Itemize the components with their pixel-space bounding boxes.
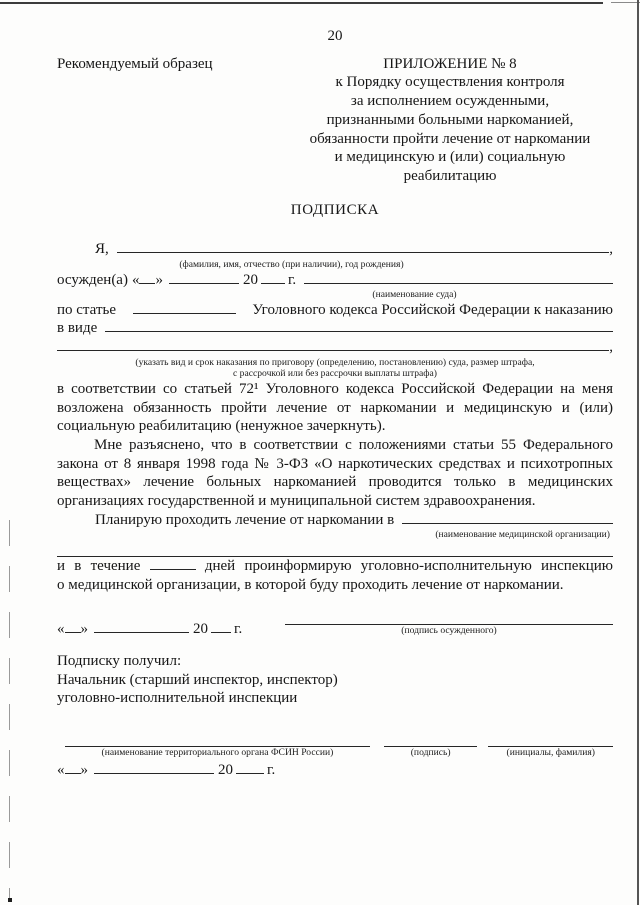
- caption-med-org: (наименование медицинской организации): [57, 529, 613, 541]
- punishment-blank-row: ,: [57, 338, 613, 357]
- caption-fio: (фамилия, имя, отчество (при наличии), г…: [95, 259, 488, 271]
- scanned-document-page: 20 Рекомендуемый образец ПРИЛОЖЕНИЕ № 8к…: [0, 0, 640, 905]
- day-blank-2: [65, 632, 81, 633]
- inform-line-2: о медицинской организации, в которой буд…: [57, 576, 613, 595]
- in-form-row: в виде: [57, 319, 613, 338]
- text-line: реабилитацию: [287, 167, 613, 186]
- plan-text: Планирую проходить лечение от наркомании…: [57, 511, 394, 530]
- year-prefix: 20: [243, 271, 258, 290]
- quote-close-3: »: [81, 761, 89, 780]
- text-line: закона от 8 января 1998 года № 3-ФЗ «О н…: [57, 455, 613, 474]
- plan-row: Планирую проходить лечение от наркомании…: [57, 511, 613, 530]
- convict-signature-block: (подпись осужденного): [285, 610, 613, 637]
- scan-artifact-right-line: [637, 0, 639, 905]
- med-org-blank-line: [402, 523, 613, 524]
- quote-close-2: »: [81, 620, 89, 639]
- year-suffix: г.: [288, 271, 296, 290]
- year-prefix-3: 20: [218, 761, 233, 780]
- date-signature-row: « » 20 г. (подпись осужденного): [57, 610, 613, 639]
- document-header: Рекомендуемый образец ПРИЛОЖЕНИЕ № 8к По…: [57, 55, 613, 186]
- text-line: обязанности пройти лечение от наркомании: [287, 130, 613, 149]
- text-line: организациях государственной и муниципал…: [57, 492, 613, 511]
- signature-blank-line: [384, 732, 478, 747]
- text-line: за исполнением осужденными,: [287, 92, 613, 111]
- year-suffix-3: г.: [267, 761, 275, 780]
- days-blank: [150, 569, 196, 570]
- text-line: и медицинскую и (или) социальную: [287, 148, 613, 167]
- article-row: по статье Уголовного кодекса Российской …: [57, 301, 613, 320]
- text-line: к Порядку осуществления контроля: [287, 73, 613, 92]
- in-form-label: в виде: [57, 319, 97, 338]
- caption-punishment-1: (указать вид и срок наказания по пригово…: [57, 357, 613, 369]
- document-title: ПОДПИСКА: [57, 201, 613, 220]
- text-line: признанными больными наркоманией,: [287, 111, 613, 130]
- caption-court: (наименование суда): [327, 289, 502, 301]
- text-line: социальную реабилитацию (ненужное зачерк…: [57, 417, 613, 436]
- name-blank-line: [117, 252, 609, 253]
- appendix-block: ПРИЛОЖЕНИЕ № 8к Порядку осуществления ко…: [287, 55, 613, 186]
- scan-artifact-left-line: [9, 520, 10, 901]
- fsin-column: (наименование территориального органа ФС…: [65, 732, 370, 759]
- para-b: Мне разъяснено, что в соответствии с пол…: [57, 436, 613, 511]
- page-number: 20: [57, 27, 613, 46]
- convicted-row: осужден(а) « » 20 г.: [57, 271, 613, 290]
- year-blank-3: [236, 773, 264, 774]
- inform-pre: и в течение: [57, 558, 140, 574]
- ya-label: Я,: [57, 240, 109, 259]
- punishment-blank-line: [57, 350, 609, 351]
- inform-post: дней проинформирую уголовно-исполнительн…: [205, 558, 613, 574]
- name-row: Я, ,: [57, 240, 613, 259]
- official-signature-row: (наименование территориального органа ФС…: [57, 732, 613, 759]
- quote-open-3: «: [57, 761, 65, 780]
- year-prefix-2: 20: [193, 620, 208, 639]
- year-blank-2: [211, 632, 231, 633]
- received-label: Подписку получил:: [57, 652, 613, 671]
- trailing-comma: ,: [609, 240, 613, 259]
- quote-open: «: [132, 271, 140, 290]
- month-blank-2: [94, 632, 189, 633]
- scan-artifact-top-line-2: [611, 2, 640, 3]
- day-blank-3: [65, 773, 81, 774]
- final-date-row: « » 20 г.: [57, 761, 613, 780]
- caption-convict-sign: (подпись осужденного): [285, 625, 613, 637]
- chief-line-1: Начальник (старший инспектор, инспектор): [57, 671, 613, 690]
- inform-line-1: и в течение дней проинформирую уголовно-…: [57, 557, 613, 576]
- fsin-blank-line: [65, 732, 370, 747]
- para-a: в соответствии со статьей 72¹ Уголовного…: [57, 380, 613, 436]
- quote-open-2: «: [57, 620, 65, 639]
- convicted-label: осужден(а): [57, 271, 128, 290]
- year-suffix-2: г.: [234, 620, 242, 639]
- initials-column: (инициалы, фамилия): [488, 732, 613, 759]
- chief-line-2: уголовно-исполнительной инспекции: [57, 689, 613, 708]
- text-line: Мне разъяснено, что в соответствии с пол…: [57, 436, 613, 455]
- text-line: в соответствии со статьей 72¹ Уголовного…: [57, 380, 613, 399]
- trailing-comma-2: ,: [609, 338, 613, 357]
- caption-punishment-2: с рассрочкой или без рассрочки выплаты ш…: [57, 368, 613, 380]
- caption-initials: (инициалы, фамилия): [488, 747, 613, 759]
- month-blank-3: [94, 773, 214, 774]
- scan-artifact-corner-dot: [8, 898, 12, 902]
- year-blank: [261, 283, 285, 284]
- court-blank-line: [304, 283, 613, 284]
- quote-close: »: [155, 271, 163, 290]
- article-blank: [133, 313, 236, 314]
- article-text: Уголовного кодекса Российской Федерации …: [252, 301, 613, 320]
- day-blank: [139, 283, 155, 284]
- in-form-blank-line: [105, 331, 613, 332]
- article-label: по статье: [57, 301, 116, 320]
- text-line: ПРИЛОЖЕНИЕ № 8: [287, 55, 613, 74]
- caption-fsin: (наименование территориального органа ФС…: [65, 747, 370, 759]
- text-line: веществах» лечение больных наркоманией п…: [57, 473, 613, 492]
- initials-blank-line: [488, 732, 613, 747]
- convict-signature-line: [285, 610, 613, 625]
- text-line: возложена обязанность пройти лечение от …: [57, 399, 613, 418]
- caption-sign: (подпись): [384, 747, 478, 759]
- document-content: 20 Рекомендуемый образец ПРИЛОЖЕНИЕ № 8к…: [57, 0, 613, 779]
- recommended-sample-label: Рекомендуемый образец: [57, 55, 213, 186]
- month-blank: [169, 283, 239, 284]
- signature-column: (подпись): [384, 732, 478, 759]
